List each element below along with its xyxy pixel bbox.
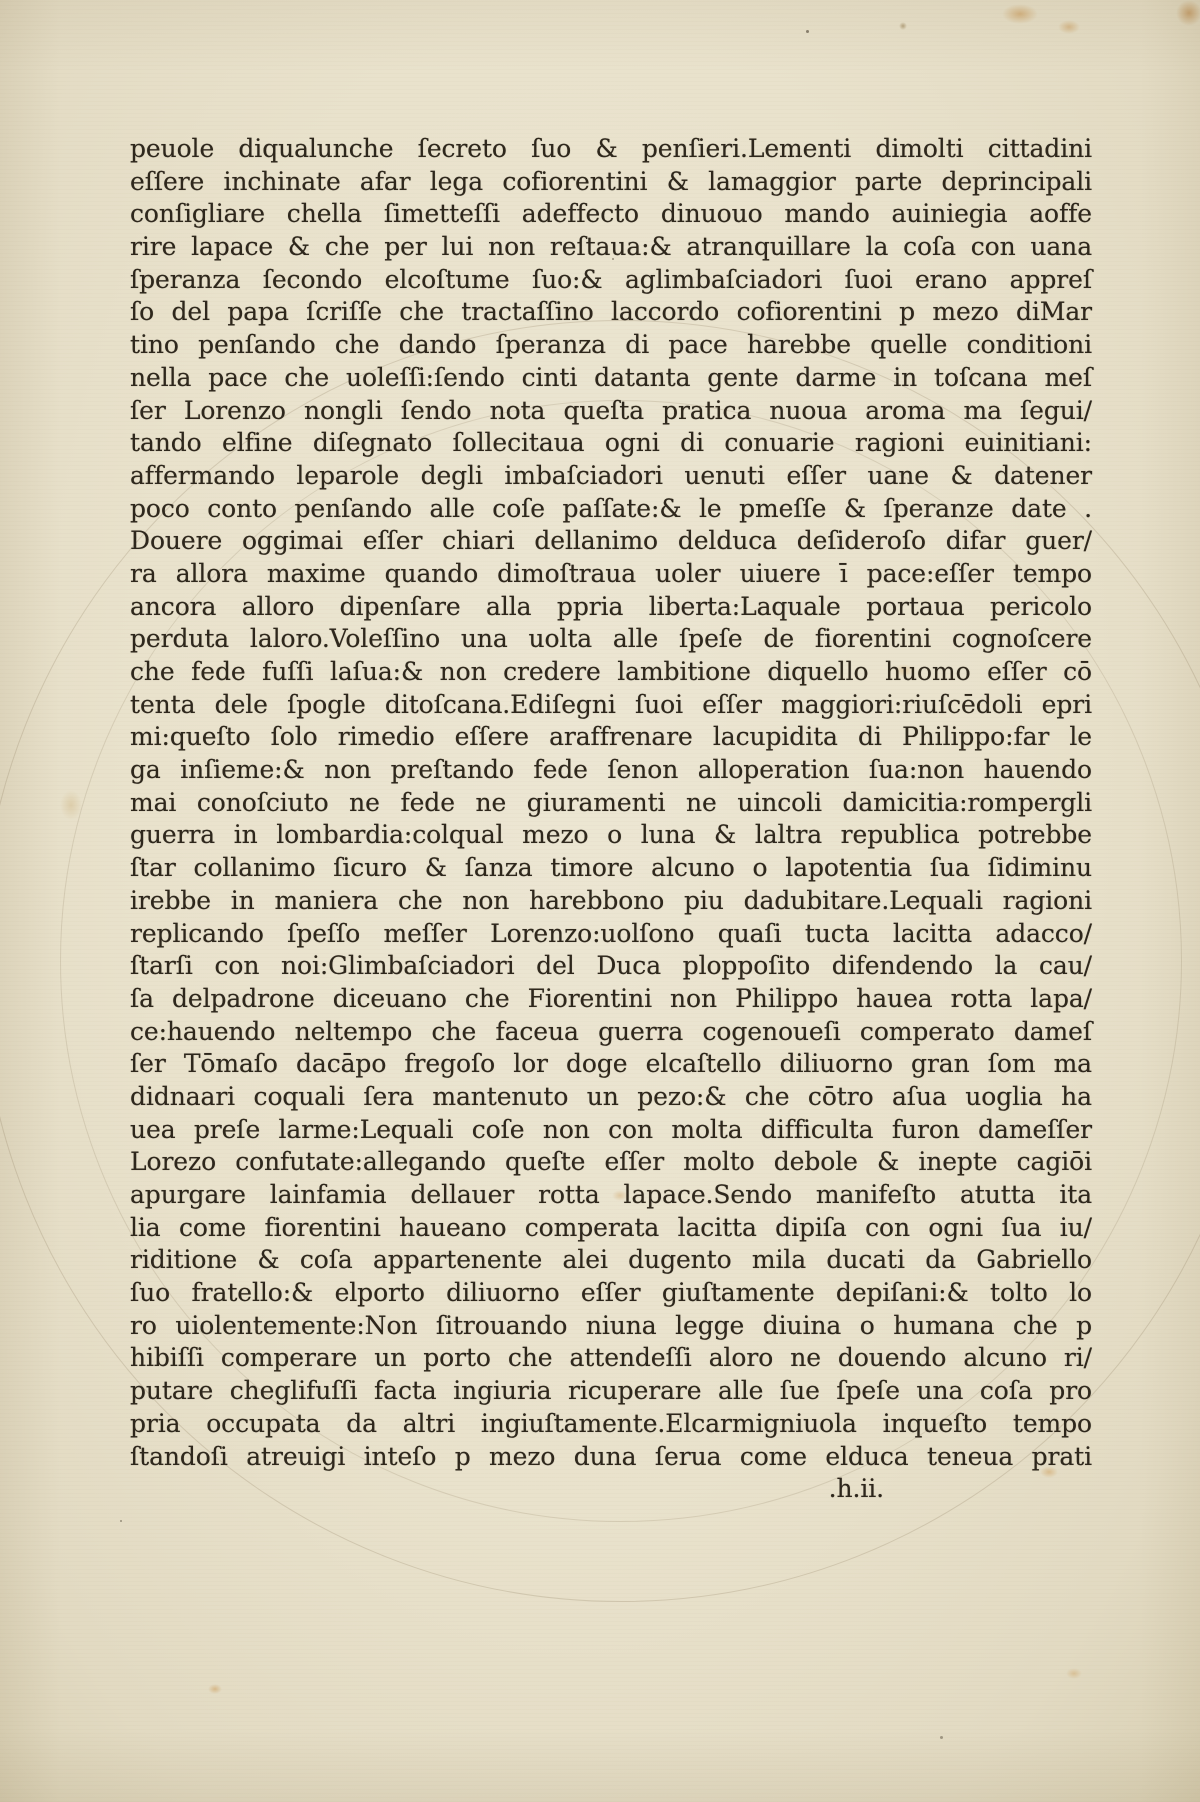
text-line: poco conto penſando alle coſe paſſate:& …	[130, 493, 1092, 526]
foxing-spot	[1176, 0, 1200, 26]
text-line: didnaari coquali ſera mantenuto un pezo:…	[130, 1081, 1092, 1114]
text-line: ancora alloro dipenſare alla ppria liber…	[130, 591, 1092, 624]
text-line: ſperanza ſecondo elcoſtume ſuo:& aglimba…	[130, 264, 1092, 297]
text-line: rire lapace & che per lui non reſtaua:& …	[130, 231, 1092, 264]
text-line: ſer Tōmaſo dacāpo fregoſo lor doge elcaſ…	[130, 1048, 1092, 1081]
text-line: apurgare lainfamia dellauer rotta lapace…	[130, 1179, 1092, 1212]
text-line: ſer Lorenzo nongli ſendo nota queſta pra…	[130, 395, 1092, 428]
foxing-spot	[1058, 20, 1080, 34]
ink-speck	[806, 30, 809, 33]
text-line: ſtar collanimo ſicuro & ſanza timore alc…	[130, 852, 1092, 885]
text-line: tenta dele ſpogle ditoſcana.Ediſegni ſuo…	[130, 689, 1092, 722]
ink-speck	[120, 1520, 122, 1522]
text-line: ſo del papa ſcriſſe che tractaſſino lacc…	[130, 296, 1092, 329]
text-line: mai conoſciuto ne fede ne giuramenti ne …	[130, 787, 1092, 820]
text-line: nella pace che uoleſſi:ſendo cinti datan…	[130, 362, 1092, 395]
text-line: tando elfine diſegnato ſollecitaua ogni …	[130, 427, 1092, 460]
text-line: ſuo fratello:& elporto diliuorno eſſer g…	[130, 1277, 1092, 1310]
text-line: tino penſando che dando ſperanza di pace…	[130, 329, 1092, 362]
text-line: peuole diqualunche ſecreto ſuo & penſier…	[130, 133, 1092, 166]
book-page: peuole diqualunche ſecreto ſuo & penſier…	[0, 0, 1200, 1802]
text-line: ga inſieme:& non preſtando fede ſenon al…	[130, 754, 1092, 787]
foxing-spot	[60, 790, 82, 820]
text-line: mi:queſto ſolo rimedio eſſere araffrenar…	[130, 721, 1092, 754]
text-line: Douere oggimai eſſer chiari dellanimo de…	[130, 525, 1092, 558]
text-line: pria occupata da altri ingiuſtamente.Elc…	[130, 1408, 1092, 1441]
text-line: affermando leparole degli imbaſciadori u…	[130, 460, 1092, 493]
ink-speck	[940, 1736, 943, 1739]
text-line: conſigliare chella ſimetteſſi adeffecto …	[130, 198, 1092, 231]
text-line: Lorezo confutate:allegando queſte eſſer …	[130, 1146, 1092, 1179]
text-line: ce:hauendo neltempo che faceua guerra co…	[130, 1016, 1092, 1049]
foxing-spot	[1066, 1668, 1082, 1679]
text-line: che fede fuſſi laſua:& non credere lambi…	[130, 656, 1092, 689]
text-line: guerra in lombardia:colqual mezo o luna …	[130, 819, 1092, 852]
signature-mark: .h.ii.	[130, 1473, 1092, 1506]
text-line: ro uiolentemente:Non ſitrouando niuna le…	[130, 1310, 1092, 1343]
text-line: lia come fiorentini haueano comperata la…	[130, 1212, 1092, 1245]
text-line: perduta laloro.Voleſſino una uolta alle …	[130, 623, 1092, 656]
text-line: ſtarſi con noi:Glimbaſciadori del Duca p…	[130, 950, 1092, 983]
text-line: riditione & coſa appartenente alei dugen…	[130, 1244, 1092, 1277]
foxing-spot	[899, 22, 907, 30]
text-line: putare cheglifuſſi facta ingiuria ricupe…	[130, 1375, 1092, 1408]
text-block: peuole diqualunche ſecreto ſuo & penſier…	[130, 133, 1092, 1506]
text-line: ra allora maxime quando dimoſtraua uoler…	[130, 558, 1092, 591]
text-line: uea preſe larme:Lequali coſe non con mol…	[130, 1114, 1092, 1147]
foxing-spot	[1002, 4, 1038, 24]
text-line: eſſere inchinate afar lega cofiorentini …	[130, 166, 1092, 199]
text-line: irebbe in maniera che non harebbono piu …	[130, 885, 1092, 918]
text-line: hibiſſi comperare un porto che attendeſſ…	[130, 1342, 1092, 1375]
text-line: ſa delpadrone diceuano che Fiorentini no…	[130, 983, 1092, 1016]
foxing-spot	[208, 1684, 222, 1694]
text-line: ſtandoſi atreuigi inteſo p mezo duna ſer…	[130, 1441, 1092, 1474]
text-line: replicando ſpeſſo meſſer Lorenzo:uolſono…	[130, 918, 1092, 951]
